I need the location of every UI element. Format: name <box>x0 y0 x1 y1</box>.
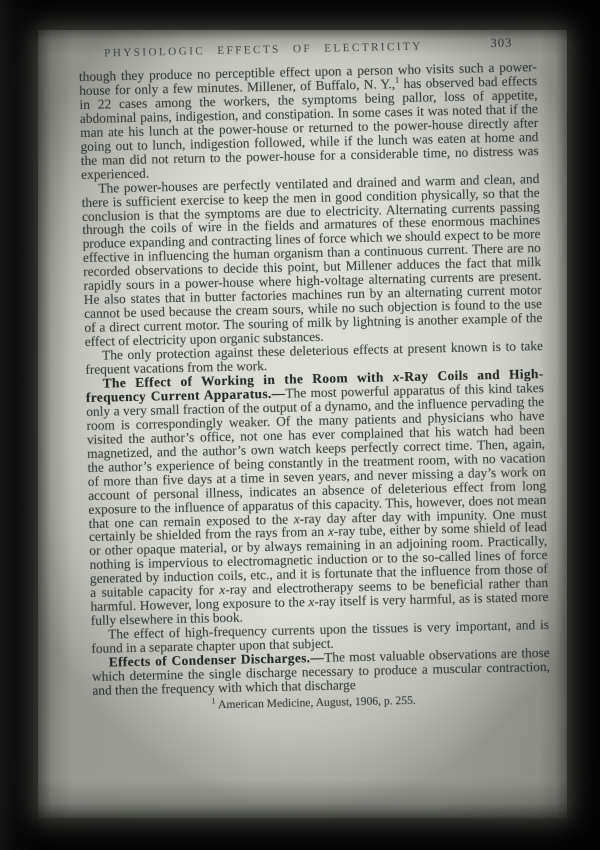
paragraph: The Effect of Working in the Room with x… <box>86 367 549 628</box>
paragraph: though they produce no perceptible effec… <box>79 60 539 182</box>
page-number: 303 <box>490 36 512 51</box>
paragraph: Effects of Condenser Discharges.—The mos… <box>92 646 551 698</box>
page-body: though they produce no perceptible effec… <box>79 60 551 698</box>
running-header-title: PHYSIOLOGIC EFFECTS OF ELECTRICITY <box>104 41 423 60</box>
text-run: The power-houses are perfectly ventilate… <box>82 171 543 349</box>
photo-background: PHYSIOLOGIC EFFECTS OF ELECTRICITY 303 t… <box>0 0 600 850</box>
paragraph: The power-houses are perfectly ventilate… <box>81 172 543 349</box>
page-content: PHYSIOLOGIC EFFECTS OF ELECTRICITY 303 t… <box>78 31 551 714</box>
footnote-text: American Medicine, August, 1906, p. 255. <box>216 694 416 711</box>
book-page: PHYSIOLOGIC EFFECTS OF ELECTRICITY 303 t… <box>38 30 567 818</box>
